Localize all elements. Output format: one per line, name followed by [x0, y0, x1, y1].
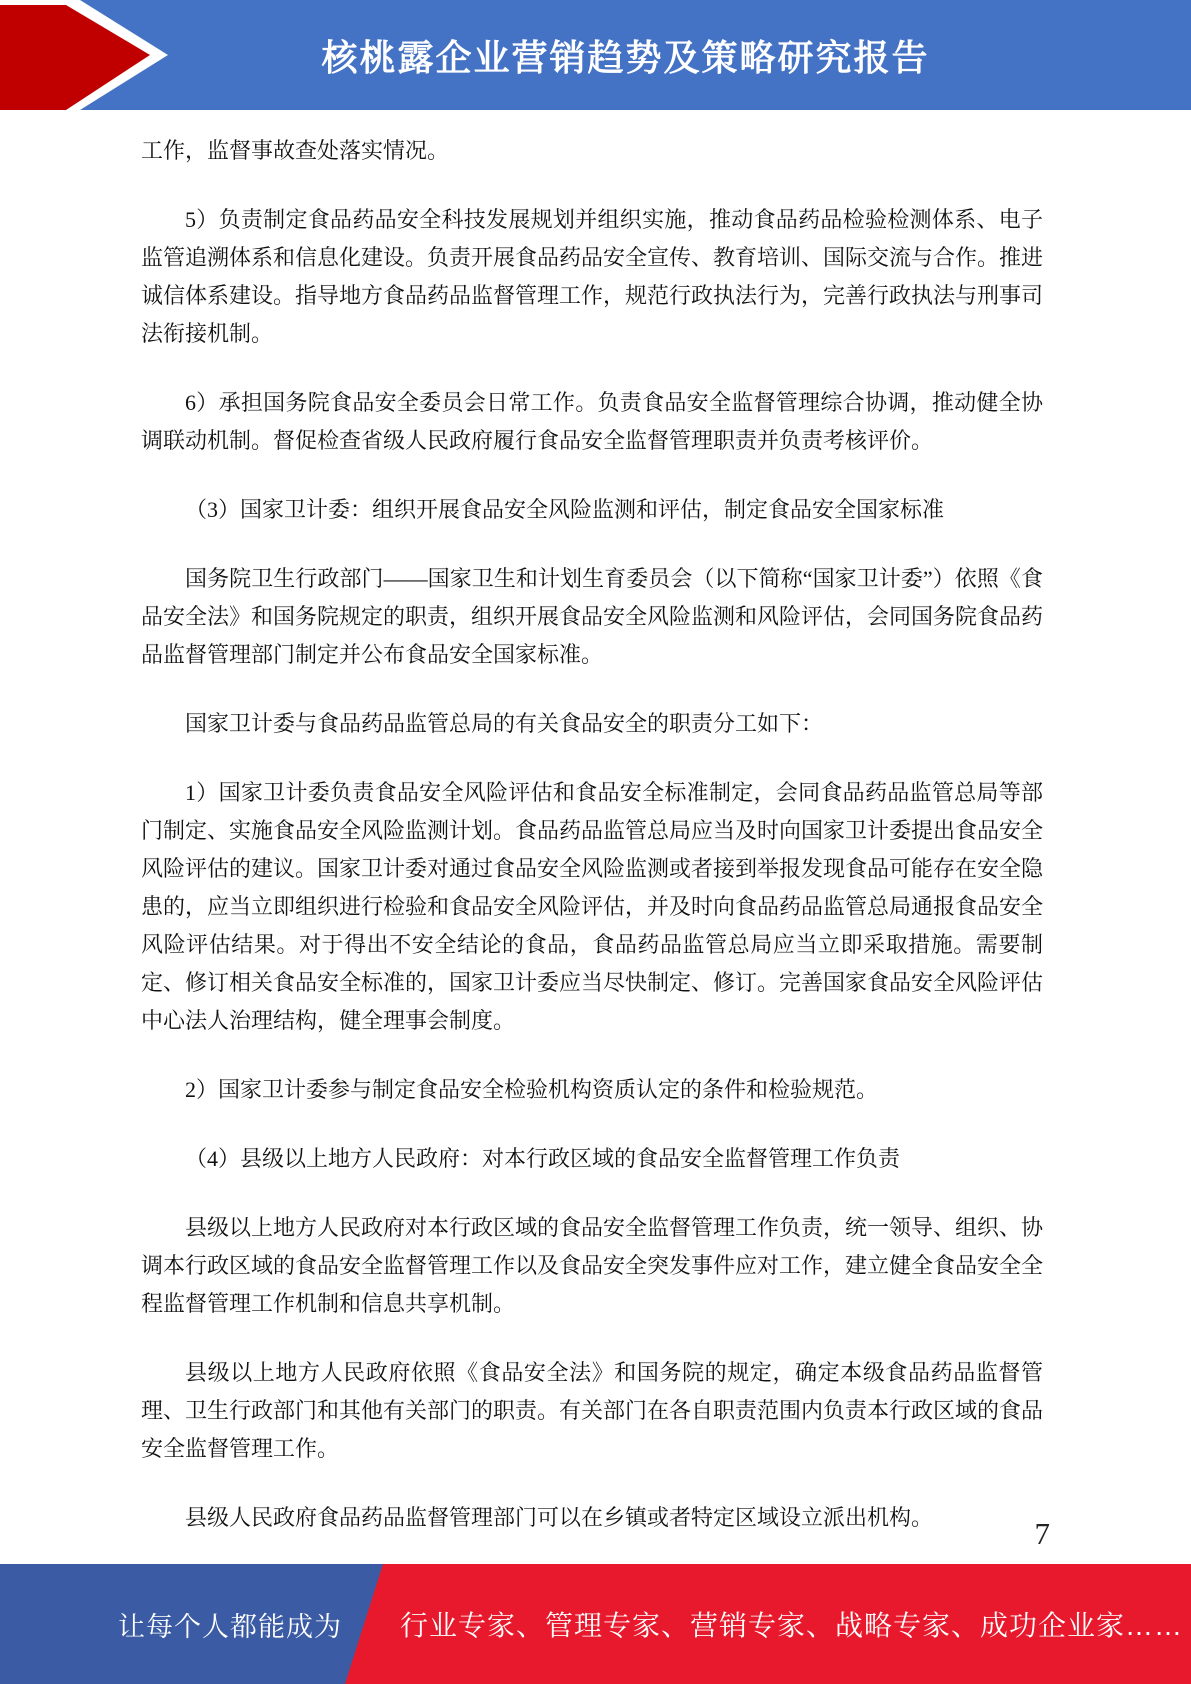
paragraph: 县级以上地方人民政府依照《食品安全法》和国务院的规定，确定本级食品药品监督管理、… [141, 1354, 1043, 1468]
paragraph: （3）国家卫计委：组织开展食品安全风险监测和评估，制定食品安全国家标准 [141, 491, 1043, 529]
document-body: 工作，监督事故查处落实情况。5）负责制定食品药品安全科技发展规划并组织实施，推动… [0, 110, 1191, 1568]
report-page: 核桃露企业营销趋势及策略研究报告 工作，监督事故查处落实情况。5）负责制定食品药… [0, 0, 1191, 1684]
paragraph: 县级以上地方人民政府对本行政区域的食品安全监督管理工作负责，统一领导、组织、协调… [141, 1209, 1043, 1323]
paragraph: （4）县级以上地方人民政府：对本行政区域的食品安全监督管理工作负责 [141, 1140, 1043, 1178]
paragraph: 县级人民政府食品药品监督管理部门可以在乡镇或者特定区域设立派出机构。 [141, 1499, 1043, 1537]
paragraph: 2）国家卫计委参与制定食品安全检验机构资质认定的条件和检验规范。 [141, 1071, 1043, 1109]
paragraph: 国家卫计委与食品药品监管总局的有关食品安全的职责分工如下： [141, 705, 1043, 743]
footer-left-slogan: 让每个人都能成为 [0, 1564, 348, 1684]
paragraph: 1）国家卫计委负责食品安全风险评估和食品安全标准制定，会同食品药品监管总局等部门… [141, 774, 1043, 1040]
paragraph: 5）负责制定食品药品安全科技发展规划并组织实施，推动食品药品检验检测体系、电子监… [141, 201, 1043, 353]
footer-banner: 让每个人都能成为 行业专家、管理专家、营销专家、战略专家、成功企业家…… [0, 1564, 1191, 1684]
paragraph: 工作，监督事故查处落实情况。 [141, 132, 1043, 170]
paragraph: 国务院卫生行政部门——国家卫生和计划生育委员会（以下简称“国家卫计委”）依照《食… [141, 560, 1043, 674]
page-title: 核桃露企业营销趋势及策略研究报告 [0, 0, 1191, 110]
header-banner: 核桃露企业营销趋势及策略研究报告 [0, 0, 1191, 110]
footer-right-slogan: 行业专家、管理专家、营销专家、战略专家、成功企业家…… [400, 1564, 1171, 1684]
paragraph: 6）承担国务院食品安全委员会日常工作。负责食品安全监督管理综合协调，推动健全协调… [141, 384, 1043, 460]
page-number: 7 [1035, 1518, 1051, 1549]
